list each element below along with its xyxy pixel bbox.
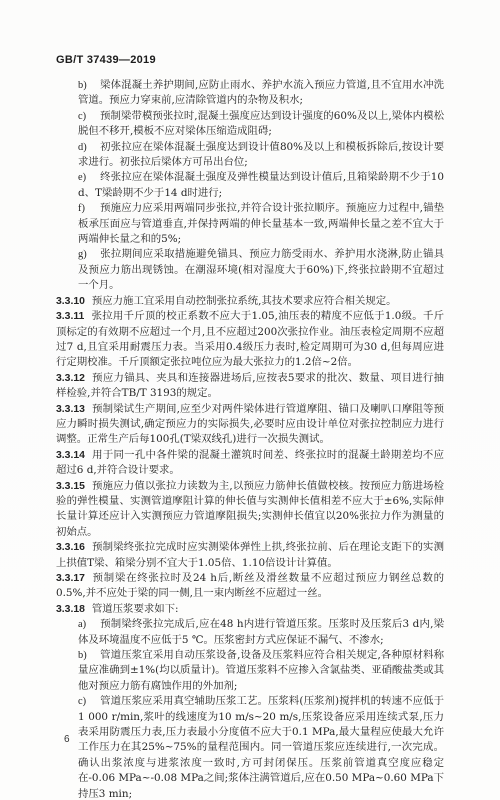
clause-paragraph: 3.3.14用于同一孔中各件梁的混凝土灌筑时间差、终张拉时的混凝土龄期差均不应超…	[56, 448, 444, 479]
list-item: c)预制梁带模预张拉时,混凝土强度应达到设计强度的60%及以上,梁体内模松脱但不…	[56, 109, 444, 140]
page-number: 6	[64, 734, 70, 745]
clause-paragraph: 3.3.15预施应力值以张拉力读数为主,以预应力筋伸长值做校核。按预应力筋进场检…	[56, 479, 444, 541]
paragraph-text: 用于同一孔中各件梁的混凝土灌筑时间差、终张拉时的混凝土龄期差均不应超过6 d,并…	[56, 449, 444, 476]
paragraph-text: 预制梁在终张拉时及24 h后,断丝及滑丝数量不应超过预应力钢丝总数的0.5%,并…	[56, 572, 444, 599]
paragraph-text: 张拉用千斤顶的校正系数不应大于1.05,油压表的精度不应低于1.0级。千斤顶标定…	[56, 310, 444, 368]
list-item: g)张拉期间应采取措施避免锚具、预应力筋受雨水、养护用水浇淋,防止锚具及预应力筋…	[56, 247, 444, 293]
list-item-label: b)	[78, 78, 100, 93]
clause-paragraph: 3.3.16预制梁终张拉完成时应实测梁体弹性上拱,终张拉前、后在理论支距下的实测…	[56, 540, 444, 571]
list-item-label: e)	[78, 170, 100, 185]
clause-number: 3.3.13	[56, 404, 85, 415]
list-item-label: g)	[78, 247, 100, 262]
paragraph-text: 预制梁试生产期间,应至少对两件梁体进行管道摩阻、锚口及喇叭口摩阻等预应力瞬时损失…	[56, 403, 444, 446]
list-item: e)终张拉应在梁体混凝土强度及弹性模量达到设计值后,且箱梁龄期不少于10 d、T…	[56, 170, 444, 201]
paragraph-text: 管道压浆宜采用自动压浆设备,设备及压浆料应符合相关规定,各种原材料称量应准确到±…	[78, 649, 444, 692]
list-item: b)梁体混凝土养护期间,应防止雨水、养护水流入预应力管道,且不宜用水冲洗管道。预…	[56, 78, 444, 109]
list-item-label: d)	[78, 140, 100, 155]
clause-number: 3.3.12	[56, 373, 85, 384]
list-item-label: c)	[78, 109, 100, 124]
clause-number: 3.3.15	[56, 481, 85, 492]
paragraph-text: 预应力锚具、夹具和连接器进场后,应按表5要求的批次、数量、项目进行抽样检验,并符…	[56, 372, 444, 399]
paragraph-text: 预应力施工宜采用自动控制张拉系统,其技术要求应符合相关规定。	[92, 295, 397, 307]
list-item: a)预制梁终张拉完成后,应在48 h内进行管道压浆。压浆时及压浆后3 d内,梁体…	[56, 617, 444, 648]
list-item: f)预施应力应采用两端同步张拉,并符合设计张拉顺序。预施应力过程中,锚垫板承压面…	[56, 201, 444, 247]
clause-paragraph: 3.3.12预应力锚具、夹具和连接器进场后,应按表5要求的批次、数量、项目进行抽…	[56, 371, 444, 402]
list-item-label: f)	[78, 201, 100, 216]
paragraph-text: 初张拉应在梁体混凝土强度达到设计值80%及以上和模板拆除后,按设计要求进行。初张…	[78, 141, 444, 168]
clause-number: 3.3.10	[56, 296, 85, 307]
paragraph-text: 预制梁带模预张拉时,混凝土强度应达到设计强度的60%及以上,梁体内模松脱但不移开…	[78, 110, 444, 137]
list-item-label: b)	[78, 648, 100, 663]
paragraph-text: 预施应力应采用两端同步张拉,并符合设计张拉顺序。预施应力过程中,锚垫板承压面应与…	[78, 202, 444, 245]
clause-paragraph: 3.3.17预制梁在终张拉时及24 h后,断丝及滑丝数量不应超过预应力钢丝总数的…	[56, 571, 444, 602]
paragraph-text: 梁体混凝土养护期间,应防止雨水、养护水流入预应力管道,且不宜用水冲洗管道。预应力…	[78, 79, 444, 106]
paragraph-text: 预制梁终张拉完成时应实测梁体弹性上拱,终张拉前、后在理论支距下的实测上拱值T梁、…	[56, 541, 444, 568]
clause-paragraph: 3.3.18管道压浆要求如下:	[56, 602, 444, 617]
list-item: c)管道压浆应采用真空辅助压浆工艺。压浆料(压浆剂)搅拌机的转速不应低于1 00…	[56, 694, 444, 800]
clause-number: 3.3.14	[56, 450, 85, 461]
clause-number: 3.3.17	[56, 573, 85, 584]
clause-number: 3.3.18	[56, 604, 85, 615]
paragraph-text: 预施应力值以张拉力读数为主,以预应力筋伸长值做校核。按预应力筋进场检验的弹性模量…	[56, 480, 444, 538]
document-body: b)梁体混凝土养护期间,应防止雨水、养护水流入预应力管道,且不宜用水冲洗管道。预…	[56, 78, 444, 800]
paragraph-text: 管道压浆应采用真空辅助压浆工艺。压浆料(压浆剂)搅拌机的转速不应低于1 000 …	[78, 695, 444, 799]
list-item: d)初张拉应在梁体混凝土强度达到设计值80%及以上和模板拆除后,按设计要求进行。…	[56, 140, 444, 171]
standard-number-header: GB/T 37439—2019	[56, 54, 444, 66]
list-item-label: a)	[78, 617, 100, 632]
clause-paragraph: 3.3.13预制梁试生产期间,应至少对两件梁体进行管道摩阻、锚口及喇叭口摩阻等预…	[56, 402, 444, 448]
list-item: b)管道压浆宜采用自动压浆设备,设备及压浆料应符合相关规定,各种原材料称量应准确…	[56, 648, 444, 694]
paragraph-text: 管道压浆要求如下:	[92, 603, 179, 615]
document-page: GB/T 37439—2019 b)梁体混凝土养护期间,应防止雨水、养护水流入预…	[0, 0, 500, 800]
paragraph-text: 张拉期间应采取措施避免锚具、预应力筋受雨水、养护用水浇淋,防止锚具及预应力筋出现…	[78, 248, 444, 291]
clause-paragraph: 3.3.10预应力施工宜采用自动控制张拉系统,其技术要求应符合相关规定。	[56, 294, 444, 309]
list-item-label: c)	[78, 694, 100, 709]
paragraph-text: 终张拉应在梁体混凝土强度及弹性模量达到设计值后,且箱梁龄期不少于10 d、T梁龄…	[78, 171, 444, 198]
paragraph-text: 预制梁终张拉完成后,应在48 h内进行管道压浆。压浆时及压浆后3 d内,梁体及环…	[78, 618, 444, 645]
clause-number: 3.3.16	[56, 542, 85, 553]
clause-paragraph: 3.3.11张拉用千斤顶的校正系数不应大于1.05,油压表的精度不应低于1.0级…	[56, 309, 444, 371]
clause-number: 3.3.11	[56, 311, 84, 322]
